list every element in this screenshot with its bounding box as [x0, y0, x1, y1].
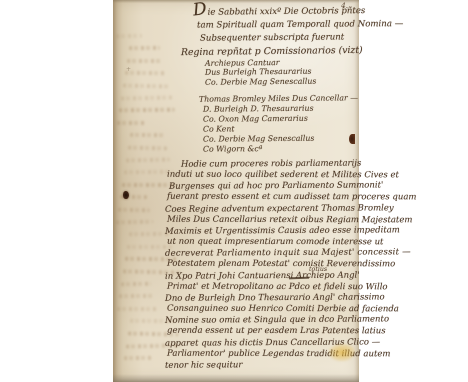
bleedthrough-line: [121, 282, 151, 287]
body-line: Potestatem plenam Potestat' comisit Reve…: [167, 259, 407, 271]
body-line: gerenda essent ut per easdem Lras Patent…: [167, 326, 407, 338]
bleedthrough-line: [130, 133, 164, 137]
body-paragraph: Hodie cum proceres robis parliamentarijs…: [165, 159, 407, 371]
bleedthrough-line: [118, 207, 150, 212]
interlinear-insertion: totius: [309, 266, 327, 273]
presence-entry: Co. Derbie Mag Senescallus: [203, 133, 357, 144]
body-line: Parliamentor' publice Legendas tradidit …: [167, 348, 407, 360]
heading-line-1-text: ie Sabbathi xxixº Die Octobris pñtes: [208, 6, 366, 18]
screenshot-canvas: 4. Die Sabbathi xxixº Die Octobris pñtes…: [0, 0, 468, 382]
body-line: Coes Regine adventum expectarent Thomas …: [165, 203, 407, 216]
ink-blot-left: [123, 191, 129, 199]
body-line: in Xpo Patri Johi Cantuariensi Archiepo …: [165, 270, 407, 283]
bleedthrough-line: [126, 158, 170, 163]
bleedthrough-line: [123, 83, 169, 88]
bleedthrough-line: [121, 95, 172, 100]
commission-member: Co. Derbie Mag Senescallus: [205, 76, 357, 87]
body-line: Miles Dus Cancellarius retexit oibus Reg…: [167, 214, 407, 226]
manuscript-page: 4. Die Sabbathi xxixº Die Octobris pñtes…: [113, 0, 359, 382]
bleedthrough-line: [117, 121, 146, 125]
bleedthrough-line: [119, 108, 175, 113]
ornate-initial-letter: D: [192, 4, 207, 16]
heading-line-2: tam Spirituall quam Temporall quod Nomin…: [197, 18, 355, 32]
bleedthrough-line: [124, 356, 152, 360]
presence-entry: Co Wigorn &cª: [203, 143, 357, 154]
body-line: tenor hic sequitur: [165, 359, 407, 372]
body-line: Primat' et Metropolitano ac Pdco et fide…: [167, 281, 407, 293]
bleedthrough-line: [116, 220, 153, 225]
bleedthrough-line: [116, 34, 142, 39]
body-line: apparet quas his dictis Dnus Cancellariu…: [165, 337, 407, 350]
heading-line-1: Die Sabbathi xxixº Die Octobris pñtes: [193, 3, 355, 20]
bleedthrough-line: [117, 307, 157, 311]
ink-blot-right-edge: [349, 134, 355, 144]
heading-line-3: Subsequenter subscripta fuerunt: [200, 31, 355, 45]
margin-mark: +: [126, 66, 131, 71]
page-bottom-shadow: [113, 374, 359, 382]
bleedthrough-line: [125, 71, 166, 75]
bleedthrough-line: [128, 145, 167, 150]
commission-block: Regina repñtat p Comissionarios (vizt) A…: [181, 46, 357, 86]
heading-block: Die Sabbathi xxixº Die Octobris pñtes ta…: [193, 4, 355, 45]
body-line: fuerant presto essent et cum audisset ta…: [167, 192, 407, 204]
bleedthrough-line: [119, 294, 154, 298]
bleedthrough-line: [129, 46, 160, 50]
presence-list: Thomas Bromley Miles Dus Cancellar — D. …: [199, 94, 357, 153]
bleedthrough-line: [127, 59, 163, 63]
